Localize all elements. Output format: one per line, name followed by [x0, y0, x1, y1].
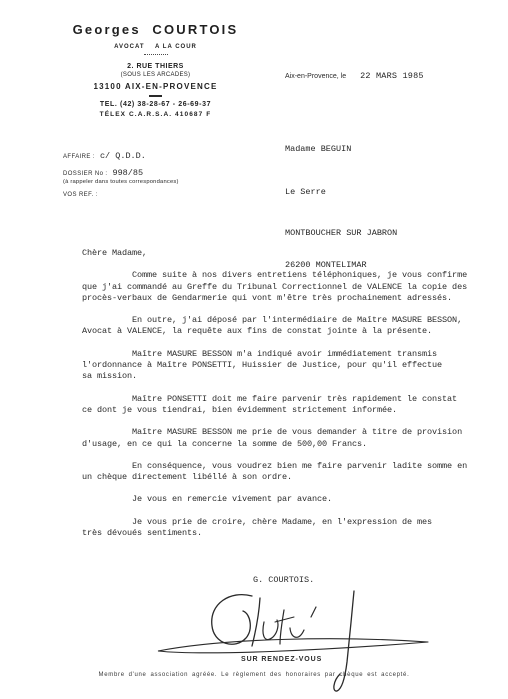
- salutation: Chère Madame,: [82, 248, 492, 259]
- vos-ref-label: VOS REF. :: [63, 192, 179, 198]
- paragraph-1: Comme suite à nos divers entretiens télé…: [82, 270, 492, 304]
- paragraph-6: En conséquence, vous voudrez bien me fai…: [82, 461, 492, 484]
- letterhead-dotted-divider: [144, 53, 168, 55]
- sender-phone: TEL. (42) 38-28-67 - 26-69-37: [58, 101, 253, 108]
- footer-note: Membre d'une association agréée. Le règl…: [0, 672, 508, 678]
- affaire-label: AFFAIRE :: [63, 154, 95, 160]
- paragraph-3: Maître MASURE BESSON m'a indiqué avoir i…: [82, 349, 492, 383]
- letterhead: Georges COURTOIS AVOCAT A LA COUR 2. RUE…: [58, 22, 253, 118]
- letterhead-dash-divider: [149, 95, 162, 97]
- sender-street: 2. RUE THIERS: [58, 63, 253, 70]
- dossier-note: (à rappeler dans toutes correspondances): [63, 179, 179, 185]
- paragraph-4: Maître PONSETTI doit me faire parvenir t…: [82, 394, 492, 417]
- sender-telex: TÉLEX C.A.R.S.A. 410687 F: [58, 111, 253, 118]
- paragraph-7: Je vous en remercie vivement par avance.: [82, 494, 492, 505]
- references-block: AFFAIRE : c/ Q.D.D. DOSSIER No : 998/85 …: [63, 151, 179, 198]
- dossier-label: DOSSIER No :: [63, 171, 107, 177]
- sender-street-note: (SOUS LES ARCADES): [58, 72, 253, 78]
- letter-page: Georges COURTOIS AVOCAT A LA COUR 2. RUE…: [0, 0, 508, 699]
- paragraph-8: Je vous prie de croire, chère Madame, en…: [82, 517, 492, 540]
- signoff-name: G. COURTOIS.: [253, 575, 314, 585]
- letter-body: Chère Madame, Comme suite à nos divers e…: [82, 248, 492, 550]
- paragraph-2: En outre, j'ai déposé par l'intermédiair…: [82, 315, 492, 338]
- dossier-row: DOSSIER No : 998/85: [63, 168, 179, 178]
- recipient-line2: Le Serre: [285, 187, 397, 197]
- recipient-name: Madame BEGUIN: [285, 144, 397, 154]
- recipient-line3: MONTBOUCHER SUR JABRON: [285, 228, 397, 238]
- dossier-value: 998/85: [112, 168, 143, 178]
- dateline: Aix-en-Provence, le22 MARS 1985: [285, 71, 424, 81]
- letter-date: 22 MARS 1985: [360, 71, 424, 81]
- affaire-row: AFFAIRE : c/ Q.D.D.: [63, 151, 179, 161]
- paragraph-5: Maître MASURE BESSON me prie de vous dem…: [82, 427, 492, 450]
- affaire-value: c/ Q.D.D.: [100, 151, 146, 161]
- sender-city: 13100 AIX-EN-PROVENCE: [58, 82, 253, 91]
- sender-title: AVOCAT A LA COUR: [58, 44, 253, 50]
- place-date-label: Aix-en-Provence, le: [285, 73, 346, 80]
- sender-name: Georges COURTOIS: [58, 22, 253, 37]
- appointment-note: SUR RENDEZ-VOUS: [241, 656, 322, 663]
